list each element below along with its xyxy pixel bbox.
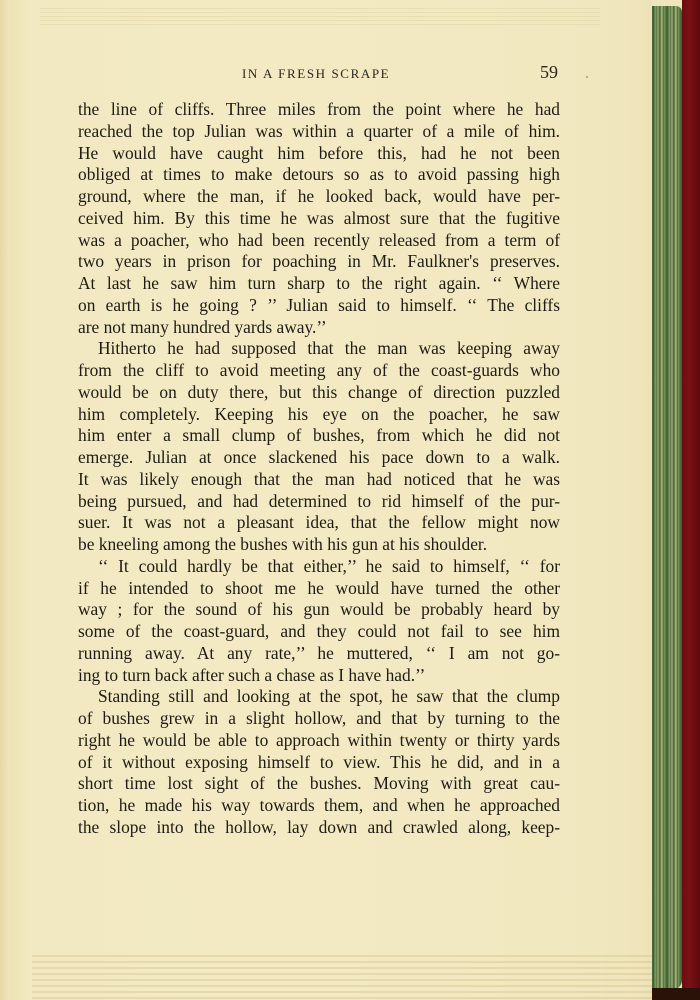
text-line: some of the coast-guard, and they could … (78, 621, 560, 643)
text-line: ground, where the man, if he looked back… (78, 186, 560, 208)
page-gutter-shadow (0, 0, 10, 1000)
text-line: would be on duty there, but this change … (78, 382, 560, 404)
text-line: way ; for the sound of his gun would be … (78, 599, 560, 621)
running-head-title: IN A FRESH SCRAPE (242, 66, 390, 82)
text-line: running away. At any rate,’’ he muttered… (78, 643, 560, 665)
text-line: two years in prison for poaching in Mr. … (78, 251, 560, 273)
binding-shadow (652, 988, 700, 1000)
text-line: obliged at times to make detours so as t… (78, 164, 560, 186)
text-line: He would have caught him before this, ha… (78, 143, 560, 165)
text-line: are not many hundred yards away.’’ (78, 317, 560, 339)
text-line: ing to turn back after such a chase as I… (78, 665, 560, 687)
book-page: IN A FRESH SCRAPE 59 the line of cliffs.… (0, 0, 652, 1000)
text-line: right he would be able to approach withi… (78, 730, 560, 752)
text-line: emerge. Julian at once slackened his pac… (78, 447, 560, 469)
paragraph-start-line: Standing still and looking at the spot, … (78, 686, 560, 708)
text-line: being pursued, and had determined to rid… (78, 491, 560, 513)
text-line: It was likely enough that the man had no… (78, 469, 560, 491)
red-book-binding (682, 0, 700, 1000)
text-line: of bushes grew in a slight hollow, and t… (78, 708, 560, 730)
text-line: him completely. Keeping his eye on the p… (78, 404, 560, 426)
body-text: the line of cliffs. Three miles from the… (78, 99, 560, 839)
text-line: short time lost sight of the bushes. Mov… (78, 773, 560, 795)
text-line: reached the top Julian was within a quar… (78, 121, 560, 143)
text-line: the slope into the hollow, lay down and … (78, 817, 560, 839)
text-line: At last he saw him turn sharp to the rig… (78, 273, 560, 295)
speck-mark (586, 76, 588, 78)
text-line: if he intended to shoot me he would have… (78, 578, 560, 600)
text-line: tion, he made his way towards them, and … (78, 795, 560, 817)
text-line: of it without exposing himself to view. … (78, 752, 560, 774)
paragraph-start-line: ‘‘ It could hardly be that either,’’ he … (78, 556, 560, 578)
text-line: from the cliff to avoid meeting any of t… (78, 360, 560, 382)
text-line: ceived him. By this time he was almost s… (78, 208, 560, 230)
text-line: on earth is he going ? ’’ Julian said to… (78, 295, 560, 317)
page-stack-top (40, 8, 600, 26)
text-line: was a poacher, who had been recently rel… (78, 230, 560, 252)
text-line: him enter a small clump of bushes, from … (78, 425, 560, 447)
paragraph-start-line: Hitherto he had supposed that the man wa… (78, 338, 560, 360)
page-stack-bottom (32, 955, 652, 1000)
running-head: IN A FRESH SCRAPE 59 (0, 64, 652, 84)
text-line: the line of cliffs. Three miles from the… (78, 99, 560, 121)
text-line: suer. It was not a pleasant idea, that t… (78, 512, 560, 534)
text-line: be kneeling among the bushes with his gu… (78, 534, 560, 556)
page-number: 59 (540, 62, 558, 83)
green-page-edges (652, 6, 682, 990)
